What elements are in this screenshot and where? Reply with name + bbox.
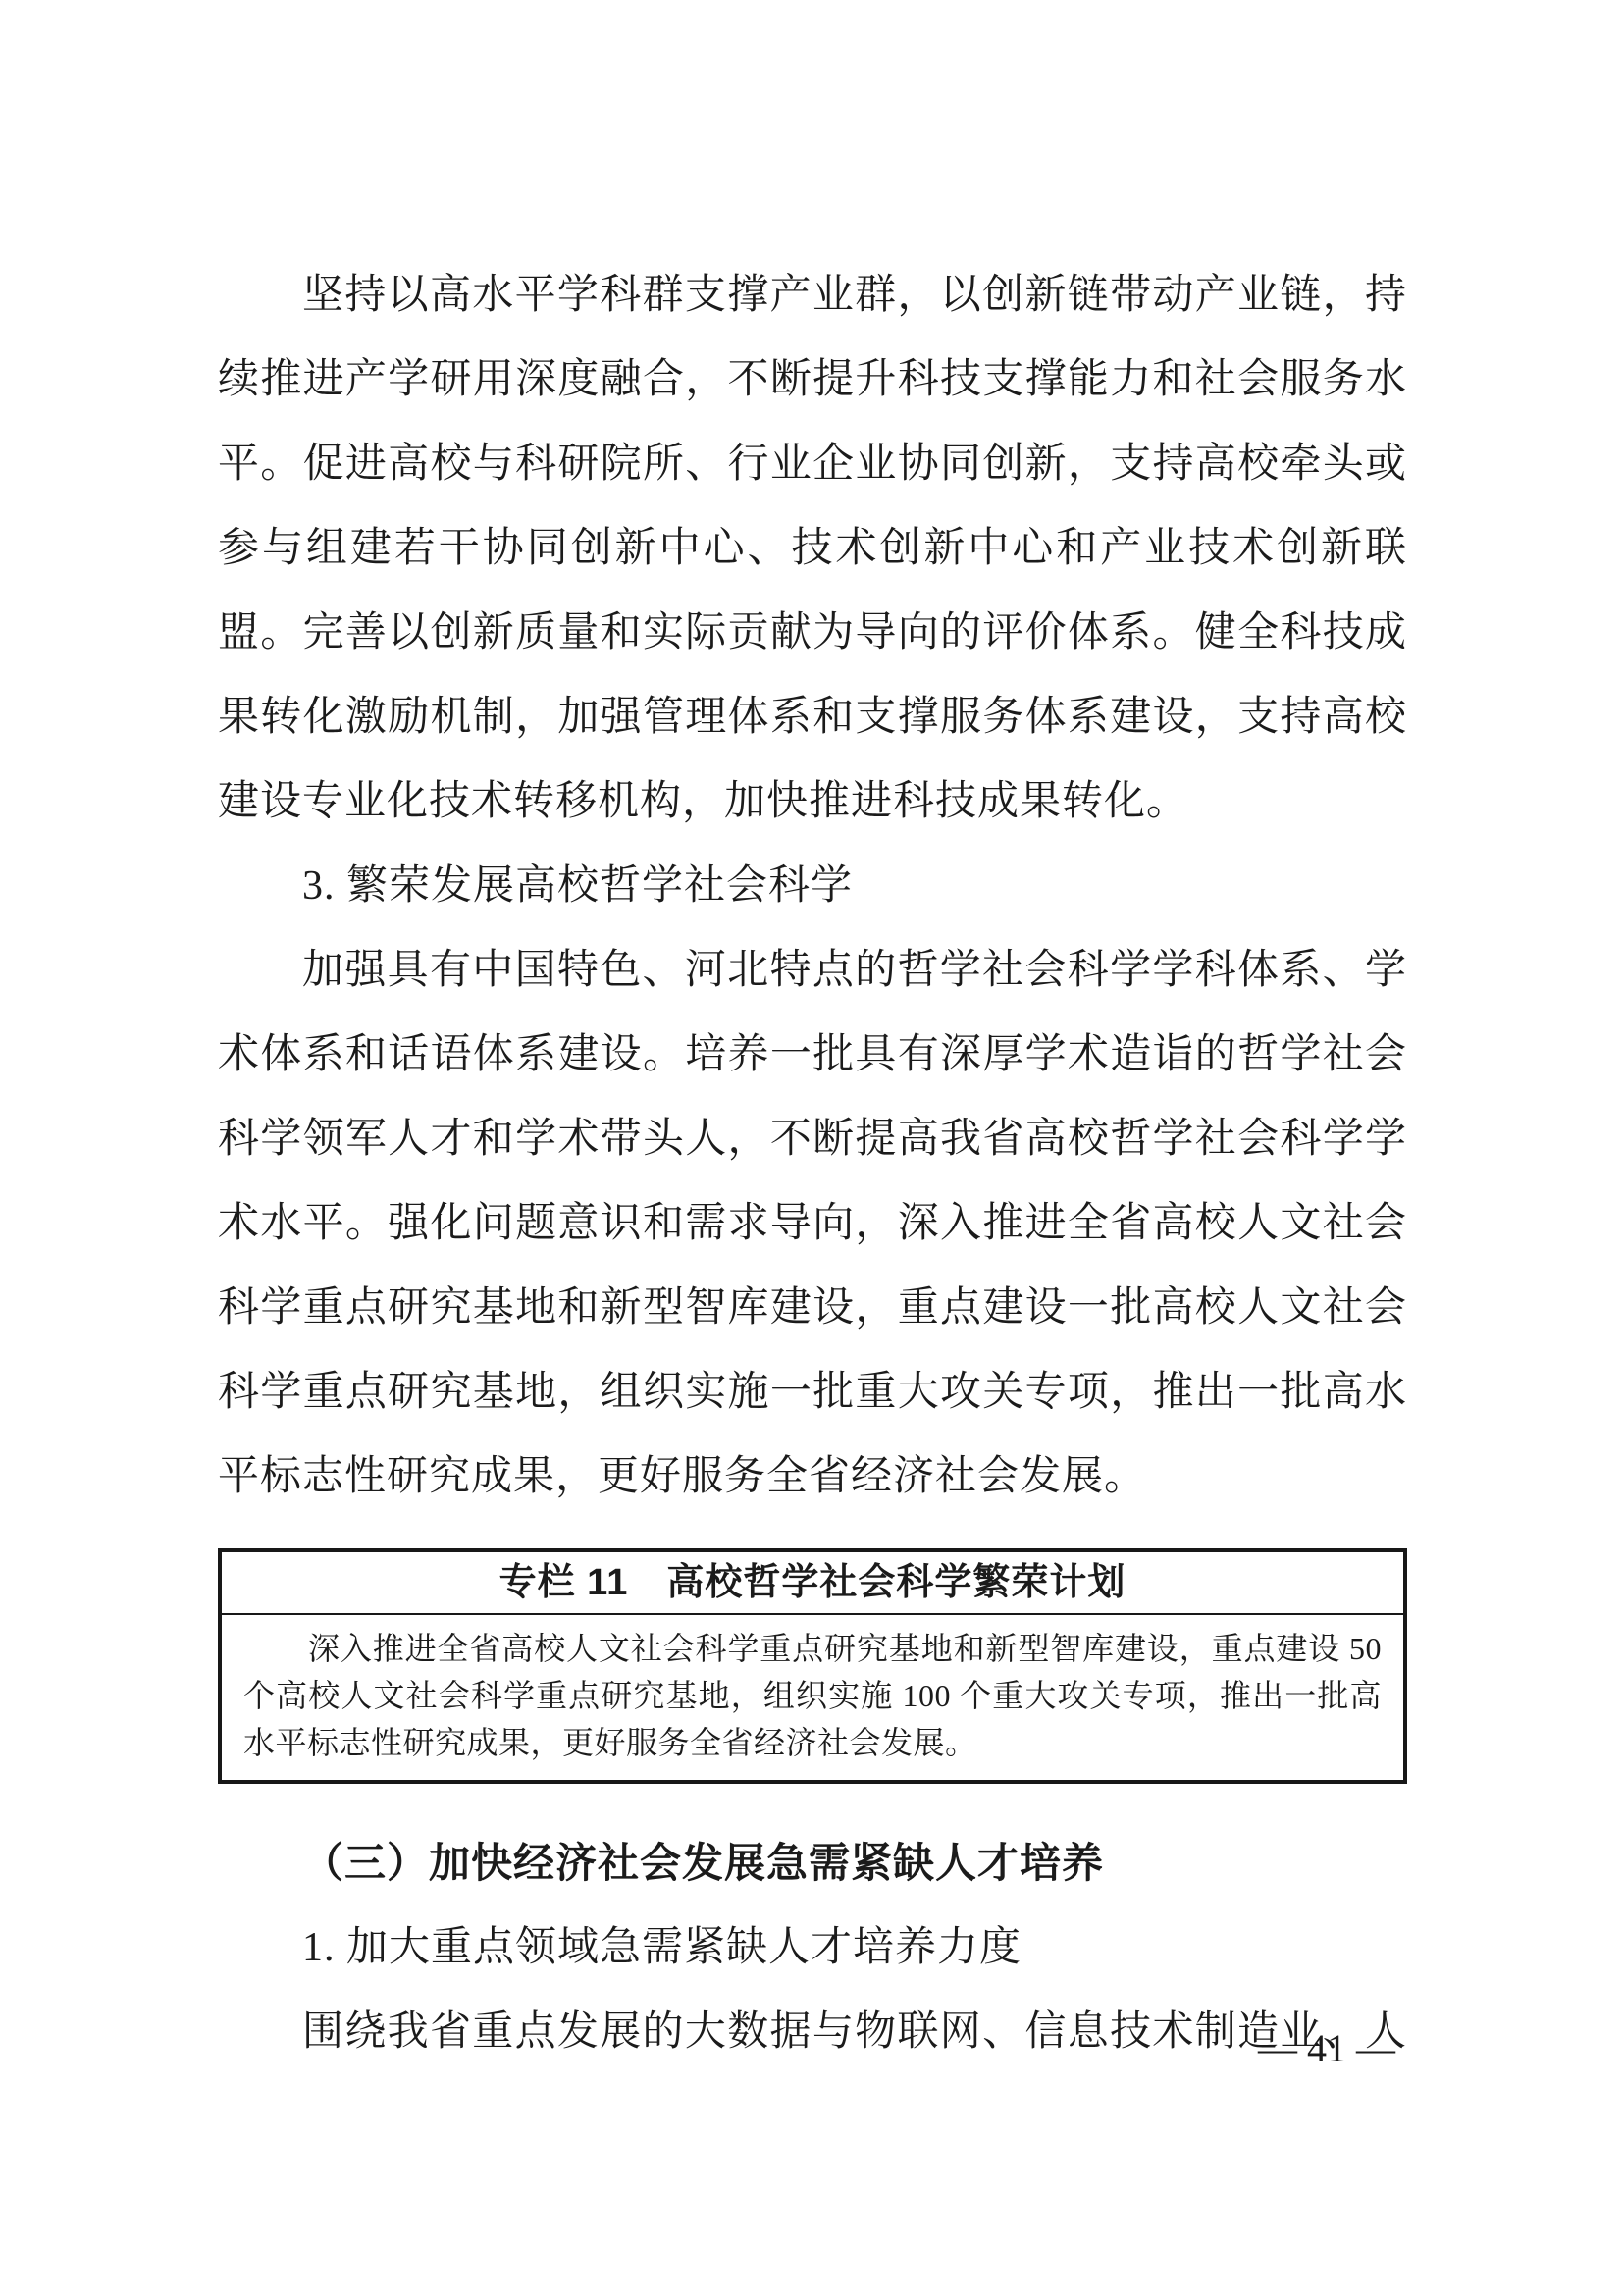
text-line: 参与组建若干协同创新中心、技术创新中心和产业技术创新联: [218, 506, 1407, 591]
text-line: （三）加快经济社会发展急需紧缺人才培养: [218, 1821, 1407, 1905]
text-line: 术水平。强化问题意识和需求导向，深入推进全省高校人文社会: [218, 1181, 1407, 1266]
paragraphs-before-box: 坚持以高水平学科群支撑产业群，以创新链带动产业链，持续推进产学研用深度融合，不断…: [218, 253, 1407, 1519]
text-line: 3. 繁荣发展高校哲学社会科学: [218, 844, 1407, 928]
text-line: 加强具有中国特色、河北特点的哲学社会科学学科体系、学: [218, 928, 1407, 1013]
document-page: 坚持以高水平学科群支撑产业群，以创新链带动产业链，持续推进产学研用深度融合，不断…: [0, 0, 1624, 2296]
text-line: 平标志性研究成果，更好服务全省经济社会发展。: [218, 1435, 1407, 1519]
text-line: 术体系和话语体系建设。培养一批具有深厚学术造诣的哲学社会: [218, 1013, 1407, 1097]
text-line: 平。促进高校与科研院所、行业企业协同创新，支持高校牵头或: [218, 422, 1407, 506]
column-box-title: 专栏 11 高校哲学社会科学繁荣计划: [222, 1552, 1403, 1615]
page-number: — 41 —: [218, 2019, 1407, 2078]
text-line: 果转化激励机制，加强管理体系和支撑服务体系建设，支持高校: [218, 675, 1407, 759]
text-body: 坚持以高水平学科群支撑产业群，以创新链带动产业链，持续推进产学研用深度融合，不断…: [218, 253, 1407, 2074]
text-line: 1. 加大重点领域急需紧缺人才培养力度: [218, 1905, 1407, 1990]
text-line: 建设专业化技术转移机构，加快推进科技成果转化。: [218, 759, 1407, 844]
text-line: 科学重点研究基地和新型智库建设，重点建设一批高校人文社会: [218, 1266, 1407, 1350]
text-line: 水平标志性研究成果，更好服务全省经济社会发展。: [243, 1719, 1382, 1766]
text-line: 坚持以高水平学科群支撑产业群，以创新链带动产业链，持: [218, 253, 1407, 338]
column-box-body: 深入推进全省高校人文社会科学重点研究基地和新型智库建设，重点建设 50个高校人文…: [222, 1615, 1403, 1780]
text-line: 科学重点研究基地，组织实施一批重大攻关专项，推出一批高水: [218, 1350, 1407, 1435]
text-line: 个高校人文社会科学重点研究基地，组织实施 100 个重大攻关专项，推出一批高: [243, 1672, 1382, 1719]
text-line: 续推进产学研用深度融合，不断提升科技支撑能力和社会服务水: [218, 338, 1407, 422]
text-line: 深入推进全省高校人文社会科学重点研究基地和新型智库建设，重点建设 50: [243, 1625, 1382, 1672]
text-line: 科学领军人才和学术带头人，不断提高我省高校哲学社会科学学: [218, 1097, 1407, 1181]
text-line: 盟。完善以创新质量和实际贡献为导向的评价体系。健全科技成: [218, 591, 1407, 675]
column-box: 专栏 11 高校哲学社会科学繁荣计划 深入推进全省高校人文社会科学重点研究基地和…: [218, 1548, 1407, 1784]
